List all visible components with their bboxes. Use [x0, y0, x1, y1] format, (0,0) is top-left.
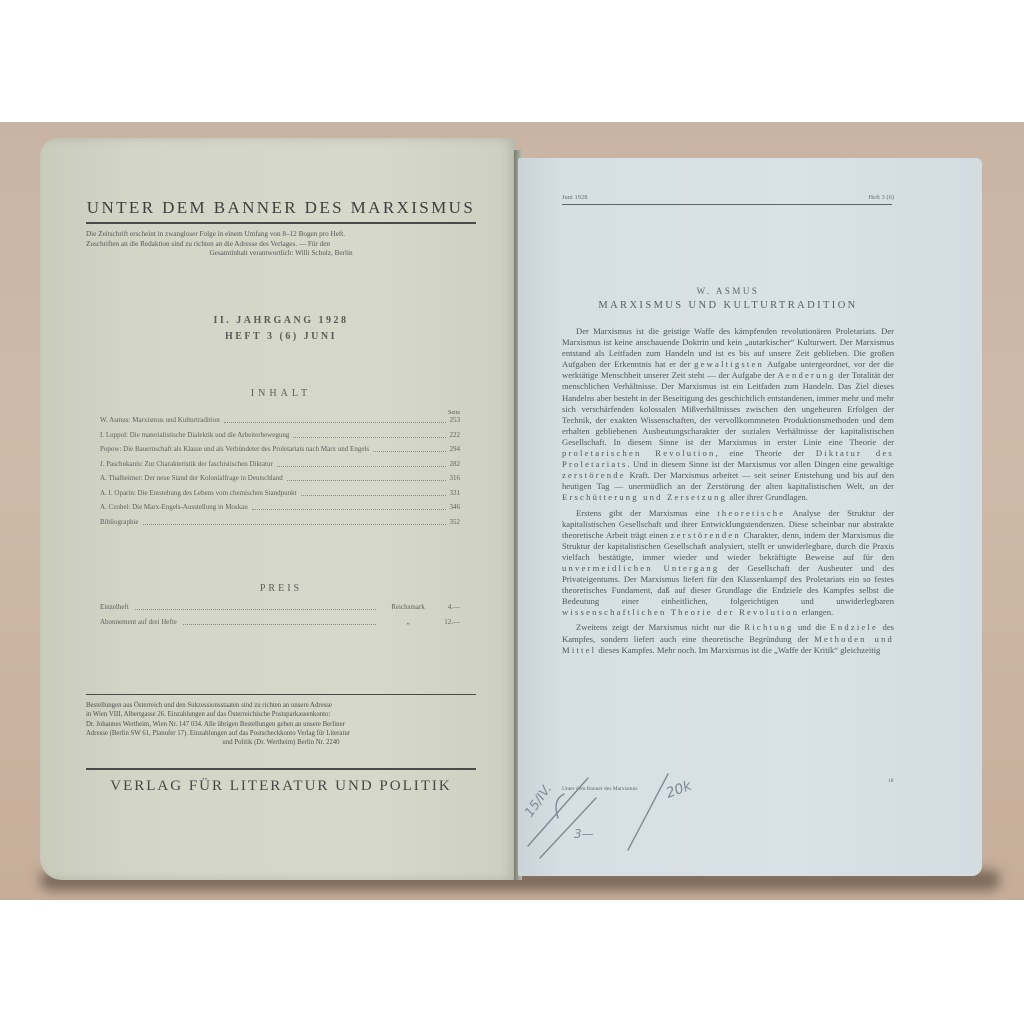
ordering-line: Dr. Johannes Wertheim, Wien Nr. 147 034.… — [86, 720, 476, 729]
toc-entry: I. Luppol: Die materialistische Dialekti… — [100, 431, 460, 440]
journal-blurb: Die Zeitschrift erscheint in zwangloser … — [86, 230, 476, 259]
spaced-emphasis: Endziele — [830, 622, 878, 632]
running-head-date: Juni 1928 — [562, 194, 587, 201]
text-run: Erstens gibt der Marxismus eine — [576, 508, 717, 518]
price-currency: „ — [382, 618, 434, 627]
leader-dots — [293, 437, 445, 438]
toc-page-number: 352 — [450, 518, 461, 527]
spaced-emphasis: Aenderung — [778, 370, 836, 380]
svg-text:15/IV.: 15/IV. — [522, 782, 555, 820]
leader-dots — [373, 451, 445, 452]
ordering-top-rule — [86, 694, 476, 695]
spaced-emphasis: Erschütterung und Zersetzung — [562, 492, 727, 502]
issue-number: HEFT 3 (6) JUNI — [86, 329, 476, 345]
text-run: der Totalität der menschlichen Verhältni… — [562, 370, 894, 447]
left-page-cover: UNTER DEM BANNER DES MARXISMUS Die Zeits… — [40, 138, 516, 880]
toc-entry: Popow: Die Bauernschaft als Klasse und a… — [100, 445, 460, 454]
toc-entry: A. I. Oparin: Die Entstehung des Lebens … — [100, 489, 460, 498]
right-page-article: Juni 1928 Heft 3 (6) W. ASMUS MARXISMUS … — [518, 158, 982, 876]
toc-entry: W. Asmus: Marxismus und Kulturtradition2… — [100, 416, 460, 425]
text-run: . Und in diesem Sinne ist der Marxismus … — [628, 459, 894, 469]
text-run: dieses Kampfes. Mehr noch. Im Marxismus … — [596, 645, 880, 655]
spaced-emphasis: wissenschaftlichen Theorie der Revolutio… — [562, 607, 799, 617]
ordering-line: Bestellungen aus Österreich und den Sukz… — [86, 701, 476, 710]
price-list: EinzelheftReichsmark4.—Abonnement auf dr… — [100, 603, 460, 633]
leader-dots — [301, 495, 446, 496]
price-value: 4.— — [434, 603, 460, 612]
toc-title: A. I. Oparin: Die Entstehung des Lebens … — [100, 489, 297, 498]
price-row: Abonnement auf drei Hefte„12.— — [100, 618, 460, 627]
contents-heading: INHALT — [86, 388, 476, 399]
ordering-line: in Wien VIII, Albertgasse 26. Einzahlung… — [86, 710, 476, 719]
text-run: , eine Theorie der — [715, 448, 815, 458]
leader-dots — [287, 480, 446, 481]
leader-dots — [143, 524, 446, 525]
price-row: EinzelheftReichsmark4.— — [100, 603, 460, 612]
price-item: Einzelheft — [100, 603, 129, 612]
spaced-emphasis: gewaltigsten — [694, 359, 764, 369]
pencil-annotations: 15/IV. 3— 20k — [518, 758, 738, 868]
toc-page-number: 346 — [450, 503, 461, 512]
article-title: MARXISMUS UND KULTURTRADITION — [558, 300, 898, 311]
toc-title: I. Luppol: Die materialistische Dialekti… — [100, 431, 289, 440]
toc-title: W. Asmus: Marxismus und Kulturtradition — [100, 416, 220, 425]
toc-entry: A. Thalheimer: Der neue Stand der Koloni… — [100, 474, 460, 483]
toc-title: A. Thalheimer: Der neue Stand der Koloni… — [100, 474, 283, 483]
svg-text:20k: 20k — [664, 778, 695, 802]
spaced-emphasis: proletarischen Revolution — [562, 448, 715, 458]
leader-dots — [183, 624, 376, 625]
leader-dots — [135, 609, 376, 610]
price-item: Abonnement auf drei Hefte — [100, 618, 177, 627]
toc-title: Bibliographie — [100, 518, 139, 527]
running-head-issue: Heft 3 (6) — [868, 194, 894, 201]
toc-page-number: 253 — [450, 416, 461, 425]
toc-title: A. Czobel: Die Marx-Engels-Ausstellung i… — [100, 503, 248, 512]
leader-dots — [252, 509, 446, 510]
toc-entry: Bibliographie352 — [100, 518, 460, 527]
toc-page-number: 282 — [450, 460, 461, 469]
running-head-rule — [562, 204, 892, 205]
toc-page-number: 331 — [450, 489, 461, 498]
text-run: aller ihrer Grundlagen. — [727, 492, 808, 502]
toc-title: J. Paschukanis: Zur Charakteristik der f… — [100, 460, 273, 469]
text-run: erlangen. — [799, 607, 833, 617]
article-author: W. ASMUS — [558, 286, 898, 296]
toc-title: Popow: Die Bauernschaft als Klasse und a… — [100, 445, 369, 454]
spaced-emphasis: zerstörende — [562, 470, 626, 480]
volume-year: II. JAHRGANG 1928 — [86, 313, 476, 329]
article-paragraph: Zweitens zeigt der Marxismus nicht nur d… — [562, 622, 894, 655]
blurb-line: Zuschriften an die Redaktion sind zu ric… — [86, 240, 476, 250]
spaced-emphasis: zerstörenden — [671, 530, 741, 540]
price-heading: PREIS — [86, 583, 476, 594]
leader-dots — [277, 466, 446, 467]
spaced-emphasis: Richtung — [744, 622, 793, 632]
price-currency: Reichsmark — [382, 603, 434, 612]
ordering-line: und Politik (Dr. Wertheim) Berlin Nr. 22… — [86, 738, 476, 747]
spaced-emphasis: unvermeidlichen Untergang — [562, 563, 719, 573]
text-run: und die — [794, 622, 831, 632]
article-paragraph: Der Marxismus ist die geistige Waffe des… — [562, 326, 894, 504]
blurb-line: Die Zeitschrift erscheint in zwangloser … — [86, 230, 476, 240]
publisher-rule — [86, 768, 476, 770]
ordering-line: Adresse (Berlin SW 61, Planufer 17). Ein… — [86, 729, 476, 738]
leader-dots — [224, 422, 446, 423]
svg-text:3—: 3— — [574, 827, 594, 841]
toc-page-number: 294 — [450, 445, 461, 454]
masthead: UNTER DEM BANNER DES MARXISMUS — [86, 198, 476, 218]
blurb-line: Gesamtinhalt verantwortlich: Willi Schul… — [86, 249, 476, 259]
toc-entry: A. Czobel: Die Marx-Engels-Ausstellung i… — [100, 503, 460, 512]
masthead-rule — [86, 222, 476, 224]
article-body: Der Marxismus ist die geistige Waffe des… — [562, 326, 894, 656]
ordering-info: Bestellungen aus Österreich und den Sukz… — [86, 701, 476, 747]
text-run: Zweitens zeigt der Marxismus nicht nur d… — [576, 622, 744, 632]
toc-entry: J. Paschukanis: Zur Charakteristik der f… — [100, 460, 460, 469]
table-of-contents: Seite W. Asmus: Marxismus und Kulturtrad… — [100, 410, 460, 532]
toc-page-number: 222 — [450, 431, 461, 440]
toc-page-number: 316 — [450, 474, 461, 483]
spaced-emphasis: theoretische — [717, 508, 785, 518]
issue-info: II. JAHRGANG 1928 HEFT 3 (6) JUNI — [86, 313, 476, 345]
price-value: 12.— — [434, 618, 460, 627]
publisher-name: VERLAG FÜR LITERATUR UND POLITIK — [86, 778, 476, 795]
article-paragraph: Erstens gibt der Marxismus eine theoreti… — [562, 508, 894, 619]
footer-signature-number: 18 — [888, 778, 894, 784]
